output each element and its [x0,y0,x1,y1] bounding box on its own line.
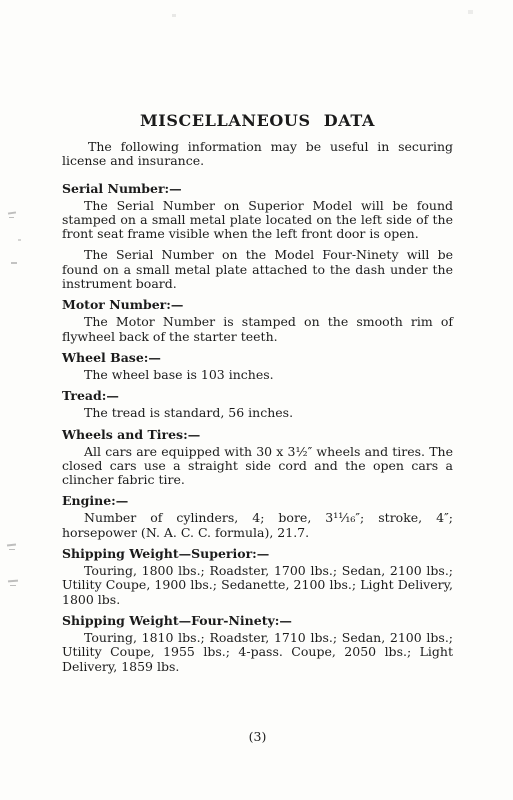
data-section: Serial Number:— The Serial Number on Sup… [62,182,453,292]
section-heading: Shipping Weight—Superior:— [62,547,453,561]
scan-artifact [8,211,16,214]
section-paragraph: The Serial Number on Superior Model will… [62,199,453,242]
section-heading: Tread:— [62,389,453,403]
page-title: MISCELLANEOUS DATA [62,113,453,129]
page-number: (3) [62,729,453,744]
scan-artifact [9,217,14,218]
scan-artifact [172,14,176,17]
book-page: MISCELLANEOUS DATA The following informa… [0,0,513,800]
section-paragraph: The wheel base is 103 inches. [62,368,453,382]
section-heading: Serial Number:— [62,182,453,196]
data-section: Shipping Weight—Four-Ninety:— Touring, 1… [62,614,453,674]
intro-paragraph: The following information may be useful … [62,140,453,169]
scan-artifact [9,549,15,550]
data-section: Tread:— The tread is standard, 56 inches… [62,389,453,420]
scan-artifact [8,580,18,583]
data-section: Shipping Weight—Superior:— Touring, 1800… [62,547,453,607]
section-heading: Motor Number:— [62,298,453,312]
section-paragraph: Number of cylinders, 4; bore, 3¹¹⁄₁₆″; s… [62,511,453,540]
data-section: Engine:— Number of cylinders, 4; bore, 3… [62,494,453,540]
data-section: Wheels and Tires:— All cars are equipped… [62,428,453,488]
scan-artifact [11,262,17,264]
data-section: Motor Number:— The Motor Number is stamp… [62,298,453,344]
section-paragraph: The Motor Number is stamped on the smoot… [62,315,453,344]
section-heading: Engine:— [62,494,453,508]
section-paragraph: The tread is standard, 56 inches. [62,406,453,420]
section-paragraph: All cars are equipped with 30 x 3½″ whee… [62,445,453,488]
scan-artifact [10,585,16,586]
section-heading: Shipping Weight—Four-Ninety:— [62,614,453,628]
data-section: Wheel Base:— The wheel base is 103 inche… [62,351,453,382]
sections-container: Serial Number:— The Serial Number on Sup… [62,182,453,674]
section-heading: Wheel Base:— [62,351,453,365]
section-paragraph: Touring, 1800 lbs.; Roadster, 1700 lbs.;… [62,564,453,607]
section-paragraph: The Serial Number on the Model Four-Nine… [62,248,453,291]
scan-artifact [18,239,21,241]
section-heading: Wheels and Tires:— [62,428,453,442]
scan-artifact [468,10,473,14]
scan-artifact [7,544,16,547]
section-paragraph: Touring, 1810 lbs.; Roadster, 1710 lbs.;… [62,631,453,674]
